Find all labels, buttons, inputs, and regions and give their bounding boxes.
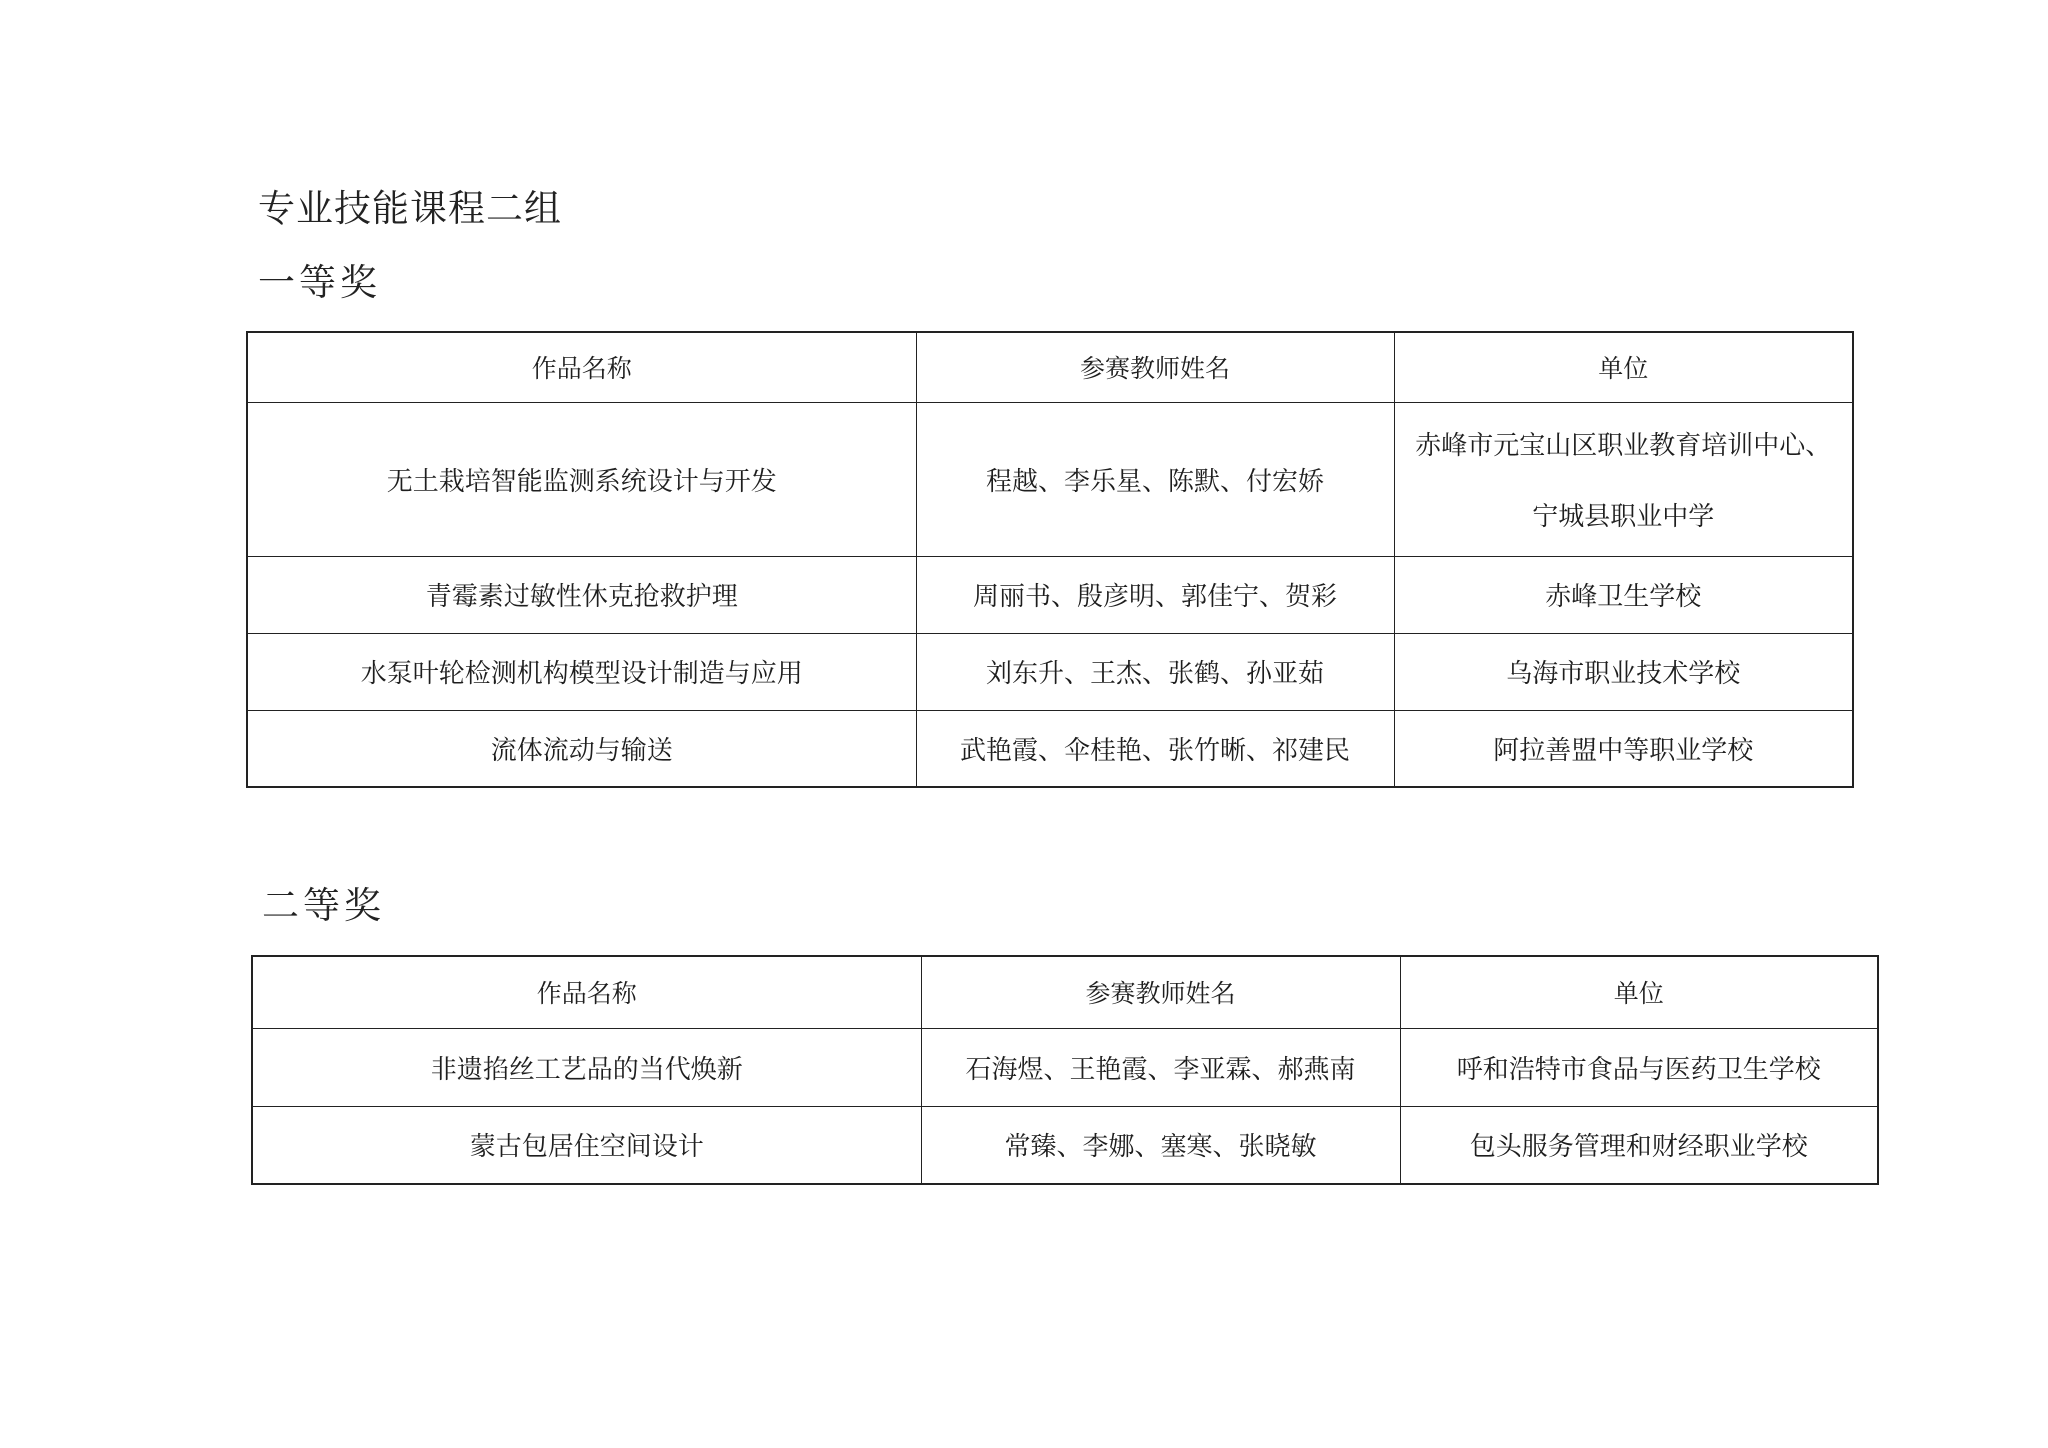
cell-unit: 乌海市职业技术学校 [1394, 633, 1853, 710]
table-row: 无土栽培智能监测系统设计与开发 程越、李乐星、陈默、付宏娇 赤峰市元宝山区职业教… [247, 402, 1853, 556]
cell-unit: 包头服务管理和财经职业学校 [1400, 1106, 1878, 1184]
group-title: 专业技能课程二组 [258, 178, 562, 232]
table-header-row: 作品名称 参赛教师姓名 单位 [252, 956, 1878, 1028]
header-teachers: 参赛教师姓名 [921, 956, 1400, 1028]
table-row: 流体流动与输送 武艳霞、伞桂艳、张竹晰、祁建民 阿拉善盟中等职业学校 [247, 710, 1853, 787]
cell-teachers: 刘东升、王杰、张鹤、孙亚茹 [916, 633, 1394, 710]
table-header-row: 作品名称 参赛教师姓名 单位 [247, 332, 1853, 402]
cell-teachers: 程越、李乐星、陈默、付宏娇 [916, 402, 1394, 556]
table-row: 蒙古包居住空间设计 常臻、李娜、塞寒、张晓敏 包头服务管理和财经职业学校 [252, 1106, 1878, 1184]
cell-work-name: 蒙古包居住空间设计 [252, 1106, 921, 1184]
first-prize-table: 作品名称 参赛教师姓名 单位 无土栽培智能监测系统设计与开发 程越、李乐星、陈默… [246, 331, 1854, 788]
cell-unit: 呼和浩特市食品与医药卫生学校 [1400, 1028, 1878, 1106]
cell-teachers: 石海煜、王艳霞、李亚霖、郝燕南 [921, 1028, 1400, 1106]
cell-teachers: 武艳霞、伞桂艳、张竹晰、祁建民 [916, 710, 1394, 787]
cell-unit: 赤峰市元宝山区职业教育培训中心、 宁城县职业中学 [1394, 402, 1853, 556]
cell-work-name: 无土栽培智能监测系统设计与开发 [247, 402, 916, 556]
table-row: 青霉素过敏性休克抢救护理 周丽书、殷彦明、郭佳宁、贺彩 赤峰卫生学校 [247, 556, 1853, 633]
header-teachers: 参赛教师姓名 [916, 332, 1394, 402]
cell-work-name: 青霉素过敏性休克抢救护理 [247, 556, 916, 633]
header-unit: 单位 [1394, 332, 1853, 402]
award-title-first: 一等奖 [258, 252, 381, 306]
cell-unit: 赤峰卫生学校 [1394, 556, 1853, 633]
header-work-name: 作品名称 [247, 332, 916, 402]
cell-work-name: 非遗掐丝工艺品的当代焕新 [252, 1028, 921, 1106]
table-row: 非遗掐丝工艺品的当代焕新 石海煜、王艳霞、李亚霖、郝燕南 呼和浩特市食品与医药卫… [252, 1028, 1878, 1106]
table-row: 水泵叶轮检测机构模型设计制造与应用 刘东升、王杰、张鹤、孙亚茹 乌海市职业技术学… [247, 633, 1853, 710]
cell-work-name: 流体流动与输送 [247, 710, 916, 787]
second-prize-table: 作品名称 参赛教师姓名 单位 非遗掐丝工艺品的当代焕新 石海煜、王艳霞、李亚霖、… [251, 955, 1879, 1185]
cell-teachers: 常臻、李娜、塞寒、张晓敏 [921, 1106, 1400, 1184]
cell-teachers: 周丽书、殷彦明、郭佳宁、贺彩 [916, 556, 1394, 633]
award-title-second: 二等奖 [262, 875, 385, 929]
unit-line-2: 宁城县职业中学 [1405, 496, 1843, 533]
header-unit: 单位 [1400, 956, 1878, 1028]
cell-work-name: 水泵叶轮检测机构模型设计制造与应用 [247, 633, 916, 710]
unit-line-1: 赤峰市元宝山区职业教育培训中心、 [1415, 431, 1831, 461]
header-work-name: 作品名称 [252, 956, 921, 1028]
cell-unit: 阿拉善盟中等职业学校 [1394, 710, 1853, 787]
